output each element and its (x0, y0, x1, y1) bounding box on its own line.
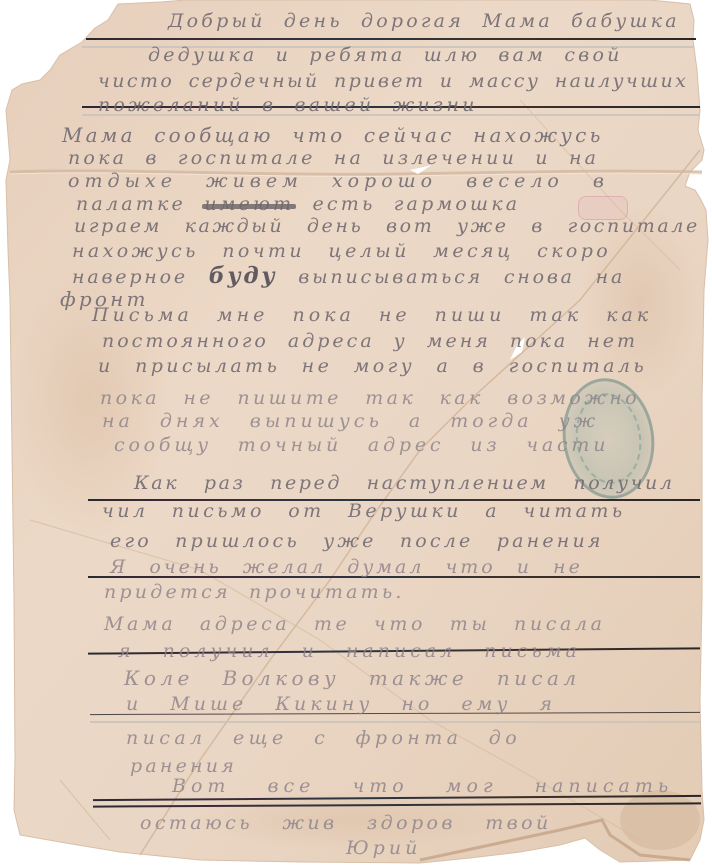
letter-line: постоянного адреса у меня пока нет (102, 330, 638, 352)
letter-line: играем каждый день вот уже в госпитале (74, 215, 700, 237)
ruled-line (86, 38, 696, 40)
letter-line: и присылать не могу а в госпиталь (98, 355, 647, 377)
letter-line: сообщу точный адрес из части (114, 434, 609, 456)
letter-line: Мама адреса те что ты писала (104, 613, 606, 635)
letter-line: чисто сердечный привет и массу наилучших (98, 70, 688, 92)
letter-line: Я очень желал думал что и не (110, 556, 583, 578)
letter-line: я получил и написал письма (118, 640, 581, 662)
letter-line: остаюсь жив здоров твой (140, 812, 552, 834)
letter-line: Как раз перед наступлением получил (134, 472, 675, 494)
letter-line: ранения (130, 755, 237, 777)
letter-line: Вот все что мог написать (172, 775, 673, 797)
letter-line: пожеланий в вашей жизни (98, 94, 478, 116)
letter-line: писал еще с фронта до (126, 727, 521, 749)
letter-line: отдыхе живем хорошо весело в (68, 170, 609, 192)
letter-line: пока в госпитале на излечении и на (68, 147, 599, 169)
ruled-line (90, 721, 700, 723)
letter-line: пока не пишите так как возможно (100, 387, 640, 409)
letter-line: Добрый день дорогая Мама бабушка (168, 10, 680, 32)
letter-line: Коле Волкову также писал (124, 666, 581, 690)
letter-line: на днях выпишусь а тогда уж (102, 410, 599, 432)
letter-line: дедушка и ребята шлю вам свой (148, 44, 623, 66)
scanned-letter: Добрый день дорогая Мама бабушка дедушка… (0, 0, 712, 868)
letter-line: чил письмо от Верушки а читать (102, 500, 626, 522)
letter-line: палатке имеют есть гармошка (76, 193, 520, 215)
signature: Юрий (346, 837, 421, 859)
letter-line: наверное буду выписываться снова на (72, 263, 625, 289)
letter-line: Письма мне пока не пиши так как (92, 304, 652, 326)
overwritten-word: буду (209, 263, 278, 289)
letter-line: и Мише Кикину но ему я (126, 693, 556, 715)
letter-line: Мама сообщаю что сейчас нахожусь (62, 123, 604, 147)
letter-line: придется прочитать. (104, 581, 405, 603)
letter-line: нахожусь почти целый месяц скоро (72, 240, 611, 262)
letter-line: его пришлось уже после ранения (110, 530, 604, 552)
crossed-out-word: имеют (204, 193, 294, 215)
